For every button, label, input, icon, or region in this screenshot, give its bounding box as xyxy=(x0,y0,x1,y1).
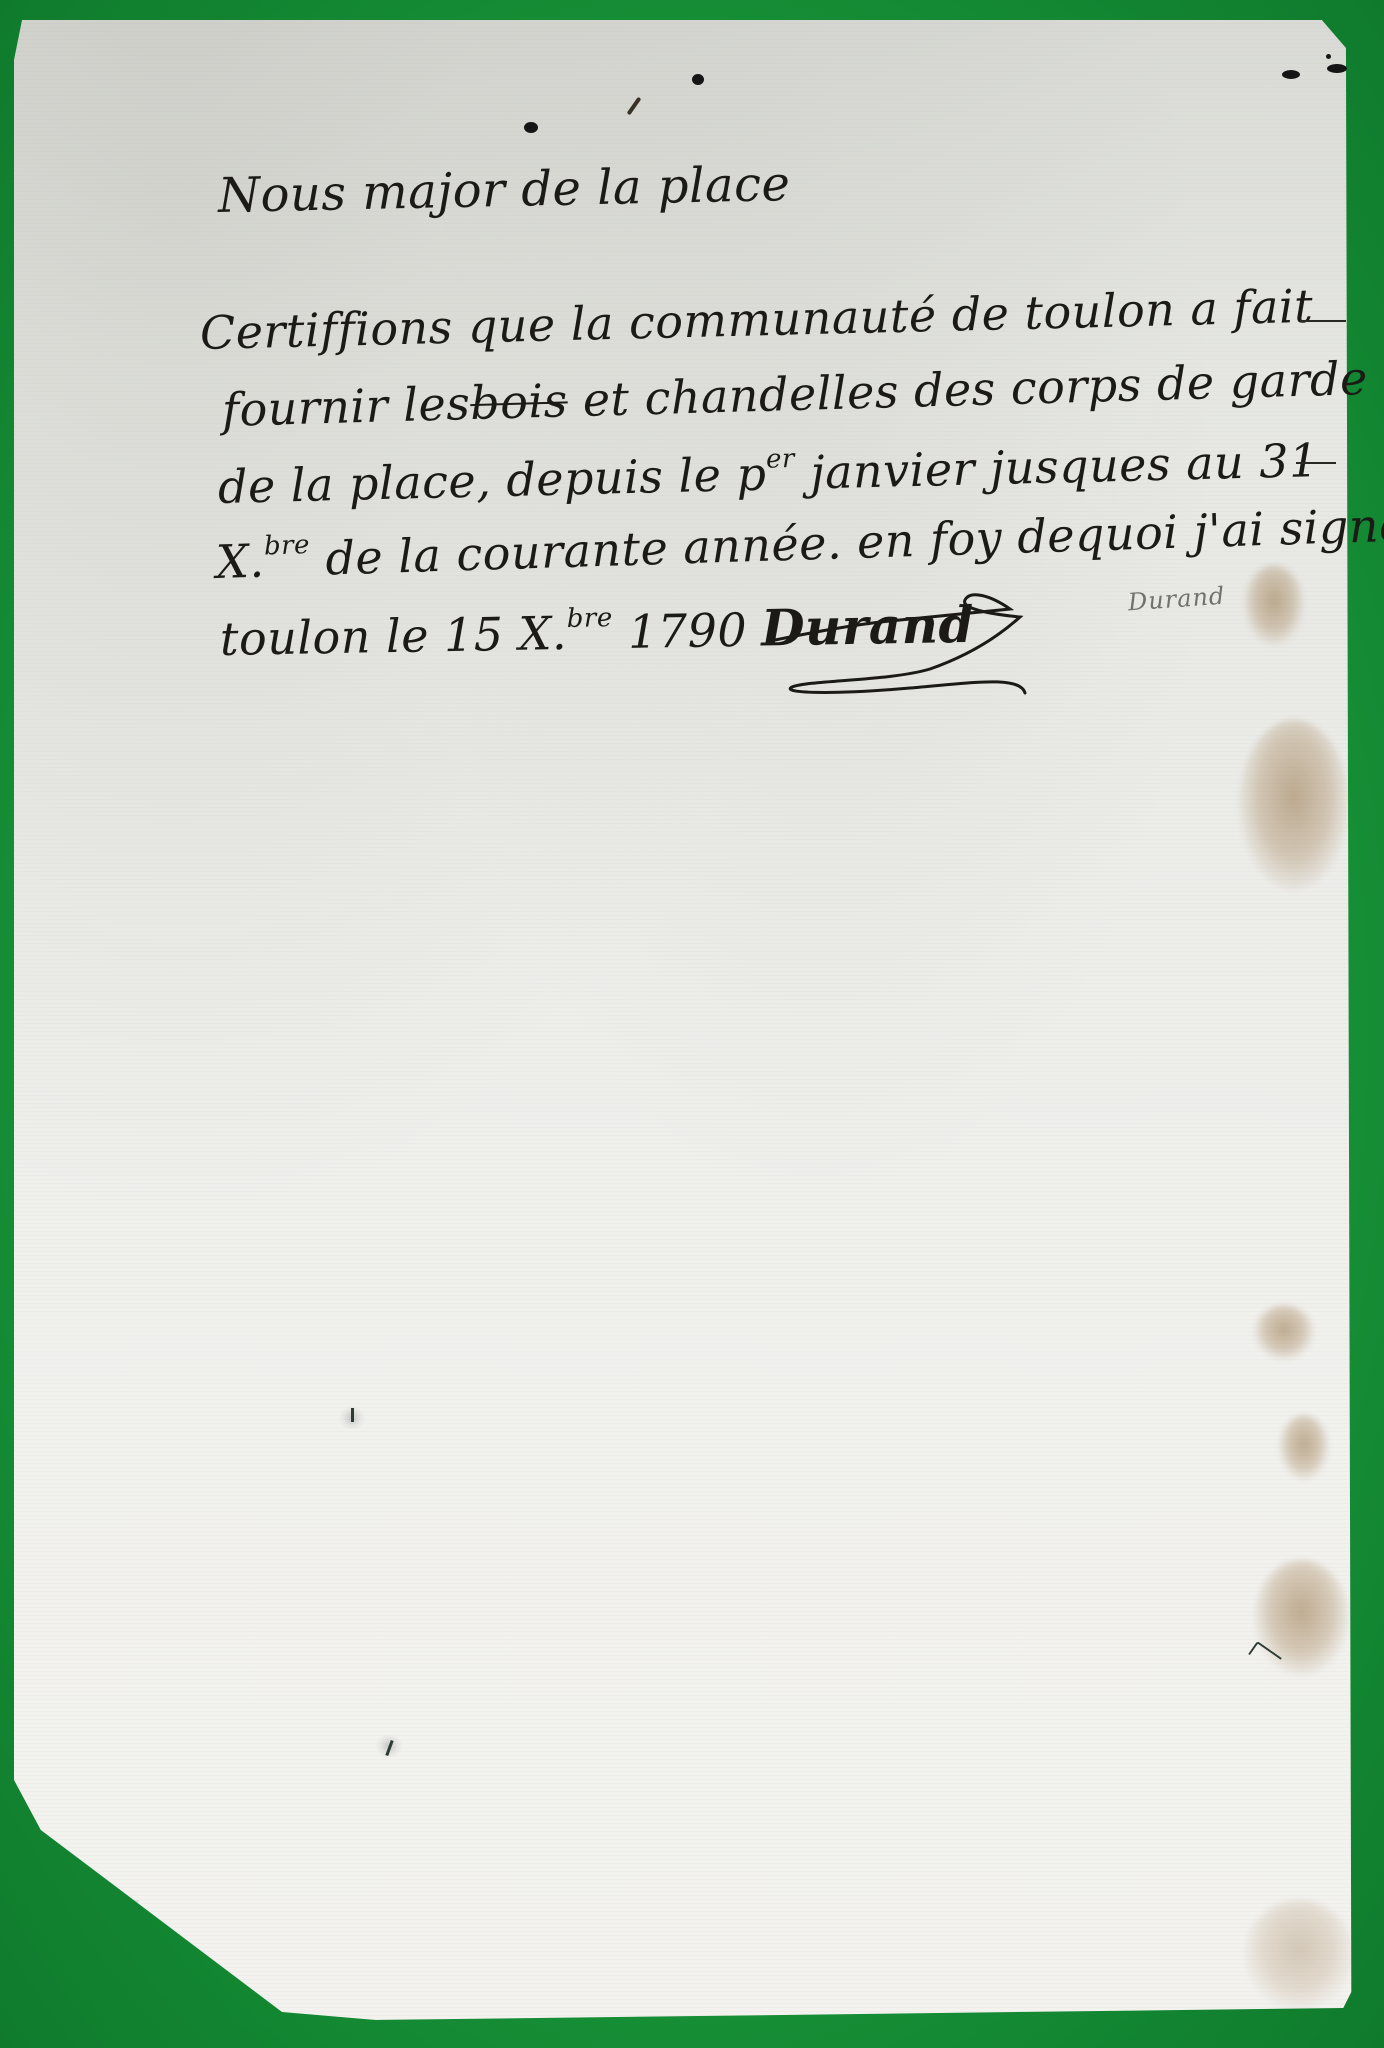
foxing-stain-mid2 xyxy=(1279,1415,1329,1480)
ink-blot xyxy=(1326,54,1331,59)
ink-blot xyxy=(692,74,704,85)
corner-discoloration xyxy=(1244,1900,1354,2010)
struck-word: bois xyxy=(469,373,568,430)
pin-mark xyxy=(351,1408,354,1422)
document-heading: Nous major de la place xyxy=(217,156,790,224)
signature: Durand xyxy=(761,595,975,658)
ink-blot xyxy=(1282,70,1300,79)
ink-blot xyxy=(1327,64,1347,73)
superscript: bre xyxy=(263,530,310,561)
folded-corner xyxy=(17,1900,139,2030)
foxing-stain-mid1 xyxy=(1254,1305,1314,1360)
foxing-stain-upper xyxy=(1244,565,1304,645)
superscript: bre xyxy=(567,603,613,634)
ink-blot xyxy=(524,122,538,133)
line-text: fournir les xyxy=(221,376,471,437)
date-year: 1790 xyxy=(613,603,748,659)
superscript: er xyxy=(766,444,796,475)
line-text: X. xyxy=(215,533,265,588)
line-filler-dash xyxy=(1296,462,1336,464)
line-filler-dash xyxy=(1300,320,1346,322)
foxing-stain-large xyxy=(1239,720,1349,890)
line-text: toulon le 15 X. xyxy=(220,606,568,666)
